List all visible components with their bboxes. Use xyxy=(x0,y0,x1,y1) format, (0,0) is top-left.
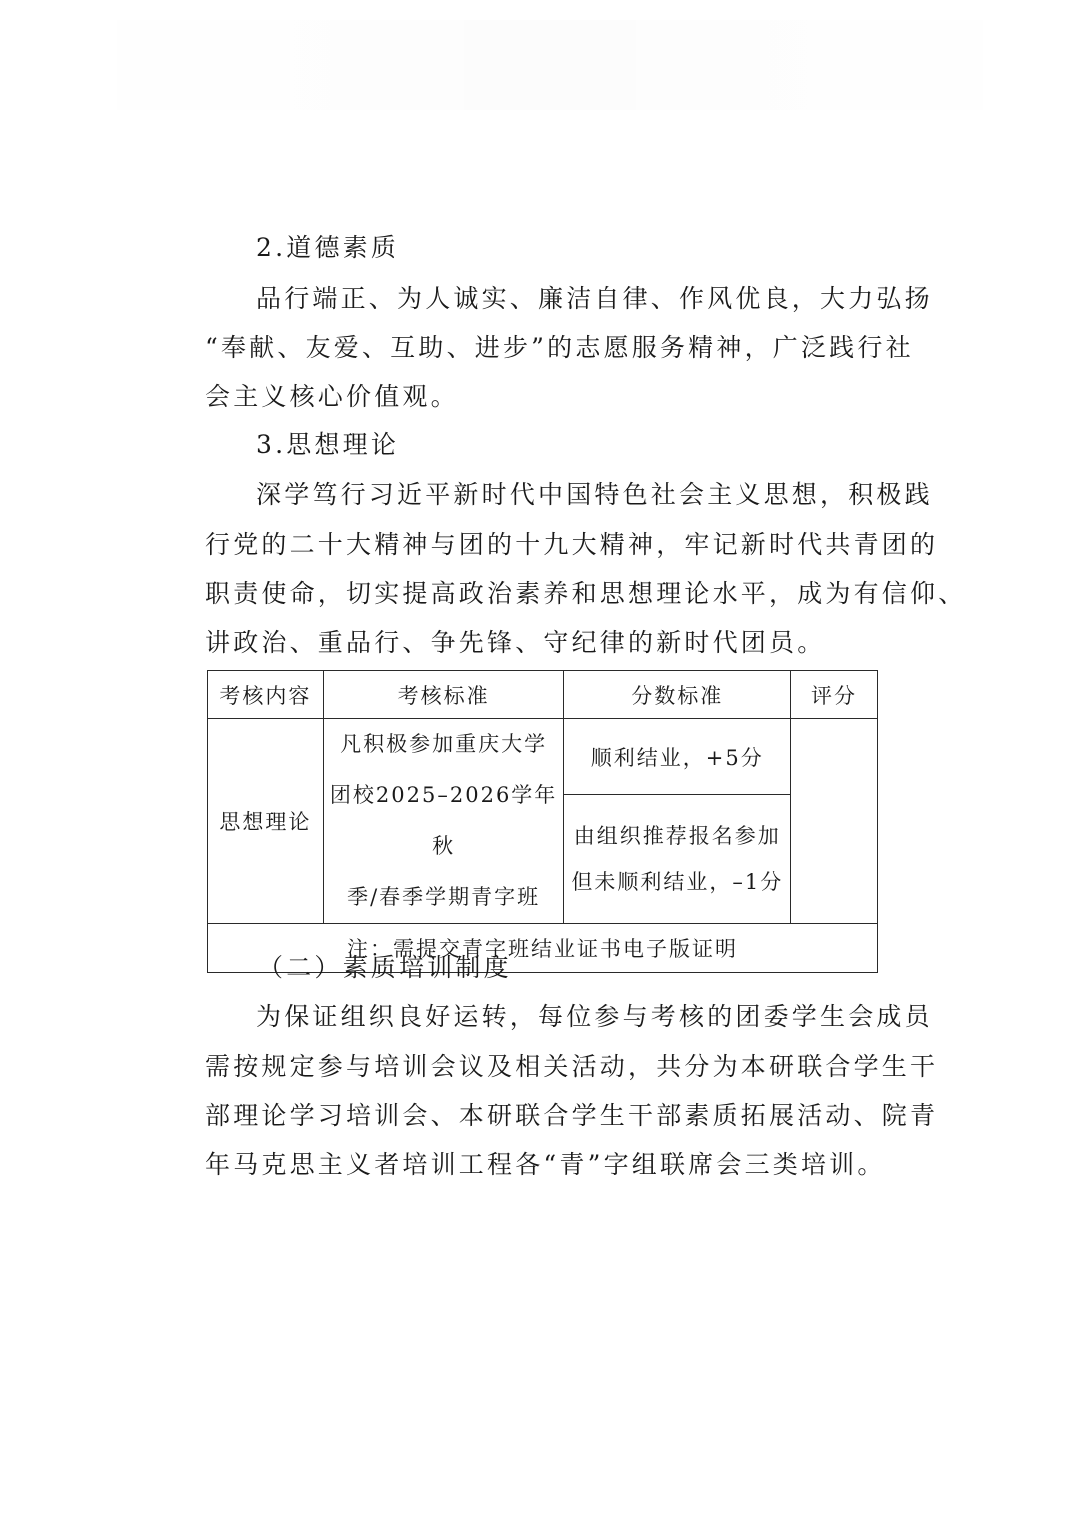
scan-shadow xyxy=(30,20,1070,110)
score-cell-fail: 由组织推荐报名参加 但未顺利结业，–1分 xyxy=(564,795,791,924)
header-cell: 评分 xyxy=(791,671,878,719)
paragraph-line: 部理论学习培训会、本研联合学生干部素质拓展活动、院青 xyxy=(205,1101,885,1131)
paragraph-line: 深学笃行习近平新时代中国特色社会主义思想，积极践 xyxy=(256,480,936,510)
assessment-table: 考核内容 考核标准 分数标准 评分 思想理论 凡积极参加重庆大学 团校2025–… xyxy=(207,670,878,973)
section-heading-moral: 2.道德素质 xyxy=(256,233,936,263)
header-cell: 考核标准 xyxy=(323,671,564,719)
section-heading-training: （二）素质培训制度 xyxy=(258,953,938,983)
header-cell: 考核内容 xyxy=(208,671,324,719)
table-header-row: 考核内容 考核标准 分数标准 评分 xyxy=(208,671,878,719)
paragraph-line: 行党的二十大精神与团的十九大精神，牢记新时代共青团的 xyxy=(205,530,885,560)
paragraph-line: 会主义核心价值观。 xyxy=(205,382,885,412)
standard-line: 凡积极参加重庆大学 xyxy=(324,719,564,770)
paragraph-line: 职责使命，切实提高政治素养和思想理论水平，成为有信仰、 xyxy=(205,579,885,609)
paragraph-line: “奉献、友爱、互助、进步”的志愿服务精神，广泛践行社 xyxy=(205,333,885,363)
paragraph-line: 讲政治、重品行、争先锋、守纪律的新时代团员。 xyxy=(205,628,885,658)
paragraph-line: 需按规定参与培训会议及相关活动，共分为本研联合学生干 xyxy=(205,1052,885,1082)
paragraph-line: 品行端正、为人诚实、廉洁自律、作风优良，大力弘扬 xyxy=(256,284,936,314)
score-line: 由组织推荐报名参加 xyxy=(564,813,790,859)
paragraph-line: 为保证组织良好运转，每位参与考核的团委学生会成员 xyxy=(256,1002,936,1032)
section-heading-theory: 3.思想理论 xyxy=(256,430,936,460)
score-cell-pass: 顺利结业，+5分 xyxy=(564,719,791,795)
standard-line: 团校2025–2026学年秋 xyxy=(324,770,564,872)
score-line: 但未顺利结业，–1分 xyxy=(564,859,790,905)
standard-cell: 凡积极参加重庆大学 团校2025–2026学年秋 季/春季学期青字班 xyxy=(323,719,564,924)
content-cell: 思想理论 xyxy=(208,719,324,924)
paragraph-line: 年马克思主义者培训工程各“青”字组联席会三类培训。 xyxy=(205,1150,885,1180)
rating-cell xyxy=(791,719,878,924)
standard-line: 季/春季学期青字班 xyxy=(324,872,564,923)
table-row: 思想理论 凡积极参加重庆大学 团校2025–2026学年秋 季/春季学期青字班 … xyxy=(208,719,878,795)
header-cell: 分数标准 xyxy=(564,671,791,719)
